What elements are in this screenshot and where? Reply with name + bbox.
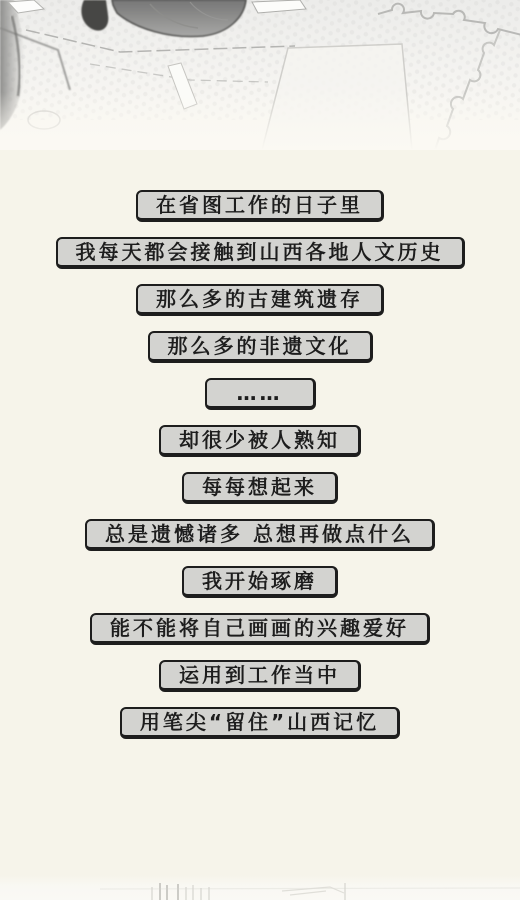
caption-box-12: 用笔尖“留住”山西记忆 <box>120 707 400 739</box>
caption-box-8: 总是遗憾诸多 总想再做点什么 <box>85 519 435 551</box>
caption-box-4: 那么多的非遗文化 <box>148 331 373 363</box>
pencil-sketch-image <box>0 0 520 150</box>
caption-box-1: 在省图工作的日子里 <box>136 190 384 222</box>
bottom-sketch-illustration <box>0 875 520 900</box>
caption-box-9: 我开始琢磨 <box>182 566 338 598</box>
faint-sketch-strip <box>0 875 520 900</box>
article-page: 在省图工作的日子里 我每天都会接触到山西各地人文历史 那么多的古建筑遗存 那么多… <box>0 0 520 900</box>
caption-box-6: 却很少被人熟知 <box>159 425 361 457</box>
top-sketch-illustration <box>0 0 520 150</box>
caption-box-7: 每每想起来 <box>182 472 338 504</box>
caption-list: 在省图工作的日子里 我每天都会接触到山西各地人文历史 那么多的古建筑遗存 那么多… <box>0 190 520 739</box>
caption-box-3: 那么多的古建筑遗存 <box>136 284 384 316</box>
caption-box-10: 能不能将自己画画的兴趣爱好 <box>90 613 430 645</box>
caption-box-2: 我每天都会接触到山西各地人文历史 <box>56 237 465 269</box>
caption-box-11: 运用到工作当中 <box>159 660 361 692</box>
caption-box-5-ellipsis: …… <box>205 378 316 410</box>
